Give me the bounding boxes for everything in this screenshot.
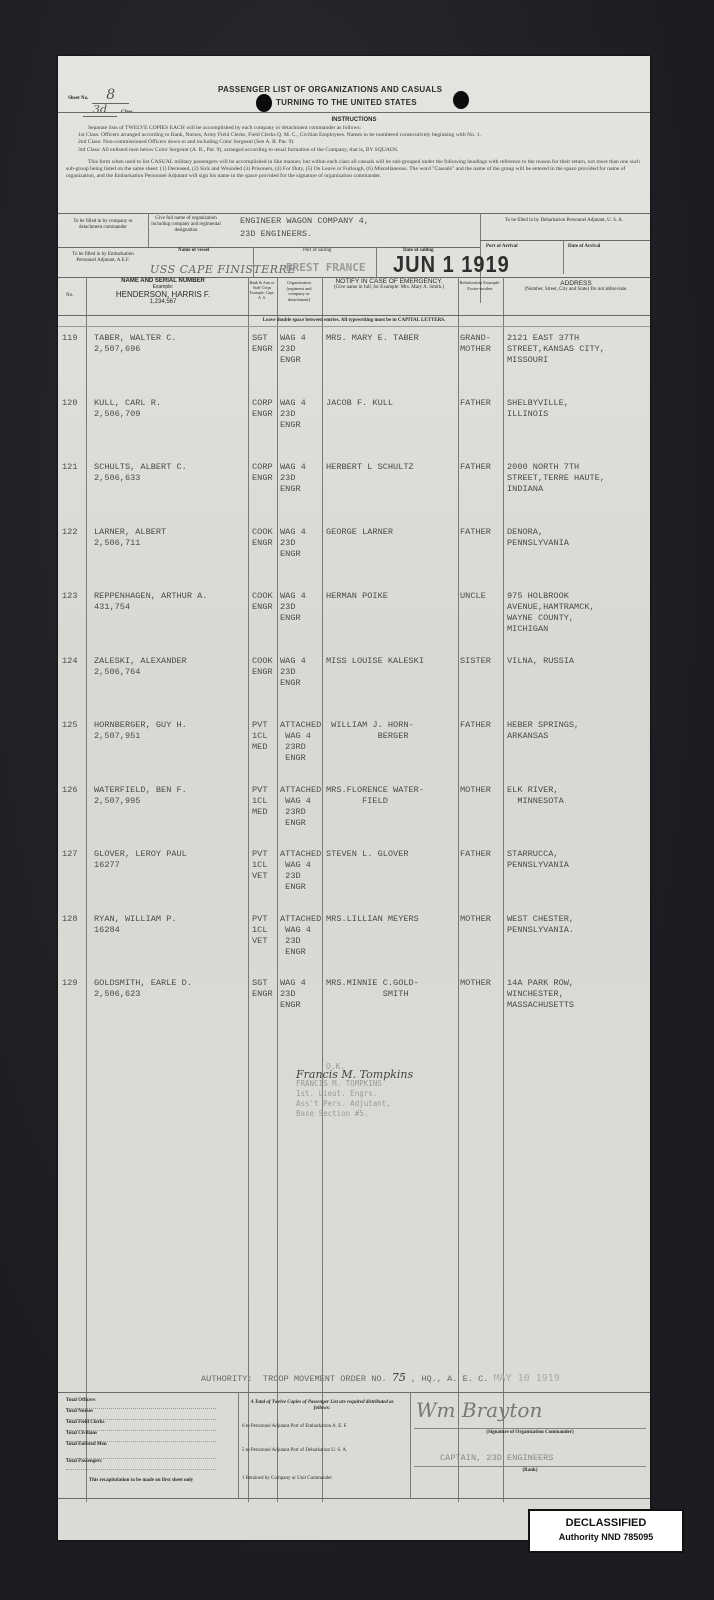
- instructions-class2: 2nd Class: Non-commissioned Officers dow…: [66, 139, 644, 146]
- rank-label: (Rank): [414, 1468, 646, 1474]
- entry-no: 126: [62, 785, 77, 796]
- entry-serial: 2,506,623: [94, 989, 192, 1000]
- divider: [58, 1392, 650, 1393]
- copies-retained: 1 Retained by Company or Unit Commander: [242, 1476, 402, 1482]
- entry-name-text: REPPENHAGEN, ARTHUR A.: [94, 591, 207, 602]
- entry-notify: HERBERT L SCHULTZ: [326, 462, 414, 473]
- entry-no: 127: [62, 849, 77, 860]
- entry-name: RYAN, WILLIAM P.16284: [94, 914, 177, 936]
- col-organization: Organization (regiment and company or de…: [279, 280, 319, 302]
- entry-organization: WAG 4 23D ENGR: [280, 398, 306, 431]
- entry-serial: 2,506,709: [94, 409, 161, 420]
- total-field: Total Officers: [66, 1398, 216, 1409]
- col-name-example: HENDERSON, HARRIS F.: [88, 290, 238, 299]
- commander-rank: CAPTAIN, 23D ENGINEERS: [440, 1453, 553, 1464]
- divider: [414, 1466, 646, 1467]
- entry-address: STARRUCCA, PENNSLYVANIA: [507, 849, 569, 871]
- divider: [277, 277, 278, 1502]
- entry-relationship: FATHER: [460, 527, 491, 538]
- authority-date: MAY 10 1919: [494, 1373, 560, 1384]
- col-address-sub: (Number, Street, City and State) Do not …: [505, 287, 647, 292]
- port-sailing-value: BREST FRANCE: [286, 261, 365, 274]
- entry-notify: JACOB F. KULL: [326, 398, 393, 409]
- entry-address: ELK RIVER, MINNESOTA: [507, 785, 564, 807]
- date-sailing-value: JUN 1 1919: [393, 252, 510, 278]
- entry-serial: 431,754: [94, 602, 207, 613]
- entry-no: 128: [62, 914, 77, 925]
- entry-rank: SGT ENGR: [252, 978, 273, 1000]
- entry-name-text: RYAN, WILLIAM P.: [94, 914, 177, 925]
- total-field: Total Field Clerks: [66, 1420, 216, 1431]
- class-field: 3d Class: [83, 100, 132, 118]
- divider: [480, 240, 650, 241]
- entry-rank: COOK ENGR: [252, 527, 273, 549]
- divider: [58, 326, 650, 327]
- entry-serial: 2,507,951: [94, 731, 187, 742]
- entry-organization: WAG 4 23D ENGR: [280, 527, 306, 560]
- col-notify-sub: (Give name in full, for Example: Mrs. Ma…: [324, 285, 454, 290]
- col-relationship: Relationship Example: Foster-mother: [459, 280, 501, 291]
- entry-name: GLOVER, LEROY PAUL16277: [94, 849, 187, 871]
- entry-no: 122: [62, 527, 77, 538]
- instructions-p2: This form when used to list CASUAL milit…: [66, 159, 644, 181]
- entry-serial: 2,506,711: [94, 538, 166, 549]
- col-notify-title: NOTIFY IN CASE OF EMERGENCY.: [324, 278, 454, 285]
- entry-relationship: FATHER: [460, 398, 491, 409]
- entry-name: SCHULTS, ALBERT C.2,506,633: [94, 462, 187, 484]
- entry-notify: STEVEN L. GLOVER: [326, 849, 409, 860]
- page-title-line1: PASSENGER LIST OF ORGANIZATIONS AND CASU…: [218, 85, 442, 94]
- ok-stamp: O.K. Francis M. Tompkins FRANCIS M. TOMP…: [296, 1062, 476, 1119]
- entry-relationship: MOTHER: [460, 978, 491, 989]
- entry-organization: WAG 4 23D ENGR: [280, 462, 306, 495]
- divider: [148, 213, 149, 247]
- col-no: No.: [66, 293, 73, 299]
- entry-name: WATERFIELD, BEN F.2,507,995: [94, 785, 187, 807]
- entry-name-text: KULL, CARL R.: [94, 398, 161, 409]
- port-sailing-label: Port of sailing: [303, 248, 331, 254]
- entry-rank: PVT 1CL VET: [252, 849, 267, 882]
- port-arrival-label: Port of Arrival: [486, 244, 518, 250]
- divider: [253, 247, 254, 277]
- entry-name-text: SCHULTS, ALBERT C.: [94, 462, 187, 473]
- divider: [86, 277, 87, 1502]
- entry-no: 124: [62, 656, 77, 667]
- copies-debarkation: 5 to Personnel Adjutant Port of Debarkat…: [242, 1448, 402, 1454]
- authority-text: TROOP MOVEMENT ORDER NO.: [263, 1374, 387, 1384]
- entry-notify: GEORGE LARNER: [326, 527, 393, 538]
- divider: [58, 315, 650, 316]
- entry-address: HEBER SPRINGS, ARKANSAS: [507, 720, 579, 742]
- divider: [414, 1428, 646, 1429]
- entry-organization: WAG 4 23D ENGR: [280, 333, 306, 366]
- entry-notify: HERMAN POIKE: [326, 591, 388, 602]
- company-fill-label: To be filled in by company or detachment…: [62, 219, 144, 231]
- vessel-label: Name of vessel: [178, 248, 209, 254]
- divider: [322, 277, 323, 1502]
- entry-organization: WAG 4 23D ENGR: [280, 591, 306, 624]
- class-value: 3d: [83, 103, 117, 117]
- signature-label: (Signature of Organization Commander): [414, 1430, 646, 1436]
- typing-note: Leave double space between entries. All …: [58, 318, 650, 324]
- org-name-label: Give full name of organization including…: [150, 216, 222, 234]
- recap-note: This recapitulation to be made on first …: [66, 1478, 216, 1484]
- declassified-stamp: DECLASSIFIED Authority NND 785095: [528, 1509, 684, 1553]
- entry-serial: 2,507,995: [94, 796, 187, 807]
- passenger-list-document: Sheet No. 8 3d Class PASSENGER LIST OF O…: [58, 56, 650, 1540]
- entry-name-text: GLOVER, LEROY PAUL: [94, 849, 187, 860]
- col-name: NAME AND SERIAL NUMBER Example: HENDERSO…: [88, 278, 238, 305]
- entry-rank: PVT 1CL VET: [252, 914, 267, 947]
- entry-name: HORNBERGER, GUY H.2,507,951: [94, 720, 187, 742]
- entry-address: VILNA, RUSSIA: [507, 656, 574, 667]
- entry-rank: PVT 1CL MED: [252, 720, 267, 753]
- total-field: Total Enlisted Men: [66, 1442, 216, 1459]
- punch-hole-right: [453, 91, 469, 109]
- entry-address: SHELBYVILLE, ILLINOIS: [507, 398, 569, 420]
- date-arrival-label: Date of Arrival: [568, 244, 600, 250]
- commander-signature: Wm Brayton: [416, 1398, 542, 1422]
- entry-name: REPPENHAGEN, ARTHUR A.431,754: [94, 591, 207, 613]
- col-address-title: ADDRESS: [505, 280, 647, 287]
- entry-no: 119: [62, 333, 77, 344]
- entry-serial: 16277: [94, 860, 187, 871]
- entry-serial: 16284: [94, 925, 177, 936]
- entry-organization: WAG 4 23D ENGR: [280, 978, 306, 1011]
- entry-relationship: GRAND- MOTHER: [460, 333, 491, 355]
- org-name-value-line1: ENGINEER WAGON COMPANY 4,: [240, 216, 369, 227]
- entry-name-text: LARNER, ALBERT: [94, 527, 166, 538]
- authority-order-no: 75: [392, 1371, 406, 1384]
- page-title-line2: TURNING TO THE UNITED STATES: [276, 98, 417, 107]
- entry-address: 2000 NORTH 7TH STREET,TERRE HAUTE, INDIA…: [507, 462, 605, 495]
- entry-rank: SGT ENGR: [252, 333, 273, 355]
- entry-notify: MRS.FLORENCE WATER- FIELD: [326, 785, 424, 807]
- totals-block: Total OfficersTotal NursesTotal Field Cl…: [66, 1398, 236, 1484]
- total-field: Total Passengers: [66, 1459, 216, 1470]
- entry-name-text: ZALESKI, ALEXANDER: [94, 656, 187, 667]
- entry-relationship: FATHER: [460, 849, 491, 860]
- entry-notify: MISS LOUISE KALESKI: [326, 656, 424, 667]
- divider: [248, 277, 249, 1502]
- instructions-class3: 3rd Class: All enlisted men below Color …: [66, 147, 644, 154]
- entry-no: 125: [62, 720, 77, 731]
- entry-address: 975 HOLBROOK AVENUE,HAMTRAMCK, WAYNE COU…: [507, 591, 595, 635]
- entry-notify: MRS. MARY E. TABER: [326, 333, 419, 344]
- punch-hole-left: [256, 94, 272, 112]
- divider: [503, 277, 504, 1502]
- entry-no: 123: [62, 591, 77, 602]
- entry-organization: WAG 4 23D ENGR: [280, 656, 306, 689]
- entry-rank: CORP ENGR: [252, 462, 273, 484]
- copies-embarkation: 6 to Personnel Adjutant Port of Embarkat…: [242, 1424, 402, 1430]
- authority-line: AUTHORITY: TROOP MOVEMENT ORDER NO. 75 ,…: [201, 1372, 560, 1385]
- entry-name: ZALESKI, ALEXANDER2,506,764: [94, 656, 187, 678]
- total-field: Total Civilians: [66, 1431, 216, 1442]
- ok-rank: 1st. Lieut. Engrs.: [296, 1089, 476, 1099]
- entry-notify: WILLIAM J. HORN- BERGER: [326, 720, 414, 742]
- entry-address: WEST CHESTER, PENNSLYVANIA.: [507, 914, 574, 936]
- entry-name-text: HORNBERGER, GUY H.: [94, 720, 187, 731]
- entry-relationship: FATHER: [460, 462, 491, 473]
- entry-rank: COOK ENGR: [252, 656, 273, 678]
- entry-address: 14A PARK ROW, WINCHESTER, MASSACHUSETTS: [507, 978, 574, 1011]
- entry-address: DENORA, PENNSLYVANIA: [507, 527, 569, 549]
- embarkation-fill-label: To be filled in by Embarkation Personnel…: [62, 252, 144, 264]
- entry-relationship: UNCLE: [460, 591, 486, 602]
- col-name-example-serial: 1,234,567: [88, 299, 238, 305]
- divider: [238, 1392, 239, 1498]
- entry-name-text: GOLDSMITH, EARLE D.: [94, 978, 192, 989]
- entry-rank: PVT 1CL MED: [252, 785, 267, 818]
- instructions-block: Separate lists of TWELVE COPIES EACH wil…: [66, 125, 644, 180]
- entry-relationship: MOTHER: [460, 914, 491, 925]
- entry-rank: COOK ENGR: [252, 591, 273, 613]
- entry-organization: ATTACHED WAG 4 23RD ENGR: [280, 785, 321, 829]
- divider: [376, 247, 377, 277]
- authority-label: AUTHORITY:: [201, 1374, 253, 1384]
- entry-relationship: SISTER: [460, 656, 491, 667]
- entry-organization: ATTACHED WAG 4 23D ENGR: [280, 849, 321, 893]
- entry-organization: ATTACHED WAG 4 23D ENGR: [280, 914, 321, 958]
- entry-name: KULL, CARL R.2,506,709: [94, 398, 161, 420]
- divider: [58, 213, 650, 214]
- entry-name-text: WATERFIELD, BEN F.: [94, 785, 187, 796]
- entry-no: 121: [62, 462, 77, 473]
- entry-address: 2121 EAST 37TH STREET,KANSAS CITY, MISSO…: [507, 333, 605, 366]
- divider: [410, 1392, 411, 1498]
- entry-notify: MRS.LILLIAN MEYERS: [326, 914, 419, 925]
- divider: [58, 1498, 650, 1499]
- entry-serial: 2,507,696: [94, 344, 177, 355]
- authority-hq: , HQ., A. E. C.: [411, 1374, 488, 1384]
- ok-title: Ass't Pers. Adjutant,: [296, 1099, 476, 1109]
- col-notify: NOTIFY IN CASE OF EMERGENCY. (Give name …: [324, 278, 454, 290]
- entry-rank: CORP ENGR: [252, 398, 273, 420]
- org-name-value-line2: 23D ENGINEERS.: [240, 229, 312, 240]
- instructions-heading: INSTRUCTIONS: [58, 117, 650, 124]
- entry-name: GOLDSMITH, EARLE D.2,506,623: [94, 978, 192, 1000]
- entry-relationship: MOTHER: [460, 785, 491, 796]
- declassified-authority: Authority NND 785095: [530, 1532, 682, 1542]
- entry-name-text: TABER, WALTER C.: [94, 333, 177, 344]
- entry-serial: 2,506,633: [94, 473, 187, 484]
- entry-relationship: FATHER: [460, 720, 491, 731]
- divider: [563, 240, 564, 274]
- col-address: ADDRESS (Number, Street, City and State)…: [505, 280, 647, 292]
- col-rank: Rank & Arm or Staff Corps Example: Capt.…: [249, 280, 275, 300]
- entry-notify: MRS.MINNIE C.GOLD- SMITH: [326, 978, 419, 1000]
- declassified-title: DECLASSIFIED: [530, 1517, 682, 1529]
- entry-no: 120: [62, 398, 77, 409]
- total-field: Total Nurses: [66, 1409, 216, 1420]
- entry-name: LARNER, ALBERT2,506,711: [94, 527, 166, 549]
- debarkation-fill-label: To be filled in by Debarkation Personnel…: [484, 218, 644, 224]
- entry-name: TABER, WALTER C.2,507,696: [94, 333, 177, 355]
- divider: [58, 112, 650, 113]
- entry-serial: 2,506,764: [94, 667, 187, 678]
- entry-organization: ATTACHED WAG 4 23RD ENGR: [280, 720, 321, 764]
- copies-title: A Total of Twelve Copies of Passenger Li…: [242, 1400, 402, 1412]
- divider: [458, 277, 459, 1502]
- ok-section: Base Section #5.: [296, 1109, 476, 1119]
- vessel-value: USS CAPE FINISTERRE: [150, 263, 296, 276]
- entry-no: 129: [62, 978, 77, 989]
